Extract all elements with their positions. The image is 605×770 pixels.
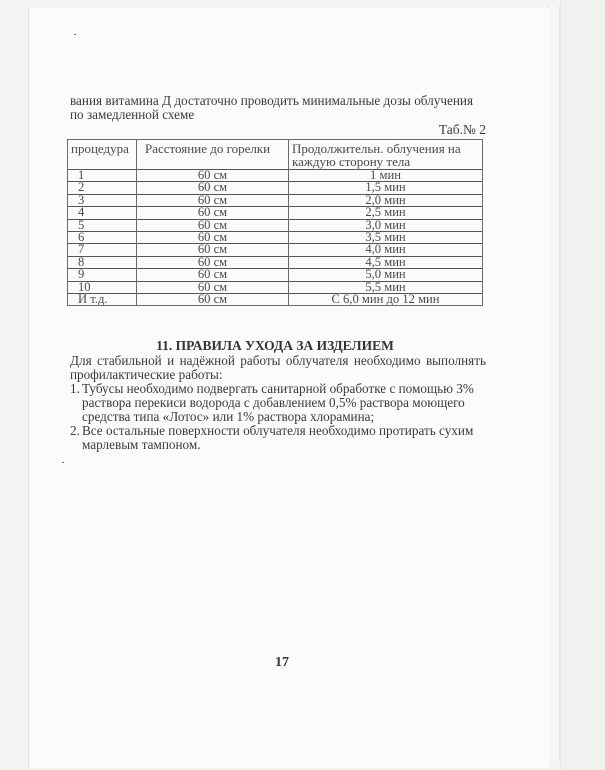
list-item: 2.Все остальные поверхности облучателя н… <box>70 424 486 452</box>
list-number: 1. <box>70 382 80 396</box>
list-item: 1.Тубусы необходимо подвергать санитарно… <box>70 382 486 424</box>
table-row: 260 см1,5 мин <box>68 182 483 194</box>
cell-duration: С 6,0 мин до 12 мин <box>289 294 483 306</box>
header-duration: Продолжительн. облучения на каждую сторо… <box>289 140 483 170</box>
maintenance-list: 1.Тубусы необходимо подвергать санитарно… <box>70 382 486 452</box>
irradiation-schedule-table: процедура Расстояние до горелки Продолжи… <box>67 139 483 306</box>
section-paragraph: Для стабильной и надёжной работы облучат… <box>70 354 486 382</box>
table-label: Таб.№ 2 <box>428 122 486 138</box>
header-distance: Расстояние до горелки <box>137 140 289 170</box>
header-procedure: процедура <box>68 140 137 170</box>
cell-procedure: И т.д. <box>68 294 137 306</box>
scan-speck <box>62 462 64 463</box>
table-header-row: процедура Расстояние до горелки Продолжи… <box>68 140 483 170</box>
page-stack-edge-inner <box>548 6 560 761</box>
page-number: 17 <box>262 655 302 671</box>
table-row: 560 см3,0 мин <box>68 219 483 231</box>
list-text: Тубусы необходимо подвергать санитарной … <box>82 381 474 424</box>
table-row: 960 см5,0 мин <box>68 269 483 281</box>
intro-text: вания витамина Д достаточно проводить ми… <box>70 94 486 122</box>
page-stack-edge <box>560 0 605 770</box>
list-number: 2. <box>70 424 80 438</box>
table-row: 460 см2,5 мин <box>68 207 483 219</box>
cell-distance: 60 см <box>137 294 289 306</box>
section-title: 11. ПРАВИЛА УХОДА ЗА ИЗДЕЛИЕМ <box>67 338 483 354</box>
table-row: 760 см4,0 мин <box>68 244 483 256</box>
table-row: 860 см4,5 мин <box>68 256 483 268</box>
table-row: И т.д.60 смС 6,0 мин до 12 мин <box>68 294 483 306</box>
table-row: 160 см1 мин <box>68 170 483 182</box>
scan-speck <box>74 34 76 35</box>
table-row: 360 см2,0 мин <box>68 194 483 206</box>
list-text: Все остальные поверхности облучателя нео… <box>82 423 473 452</box>
table-row: 660 см3,5 мин <box>68 232 483 244</box>
